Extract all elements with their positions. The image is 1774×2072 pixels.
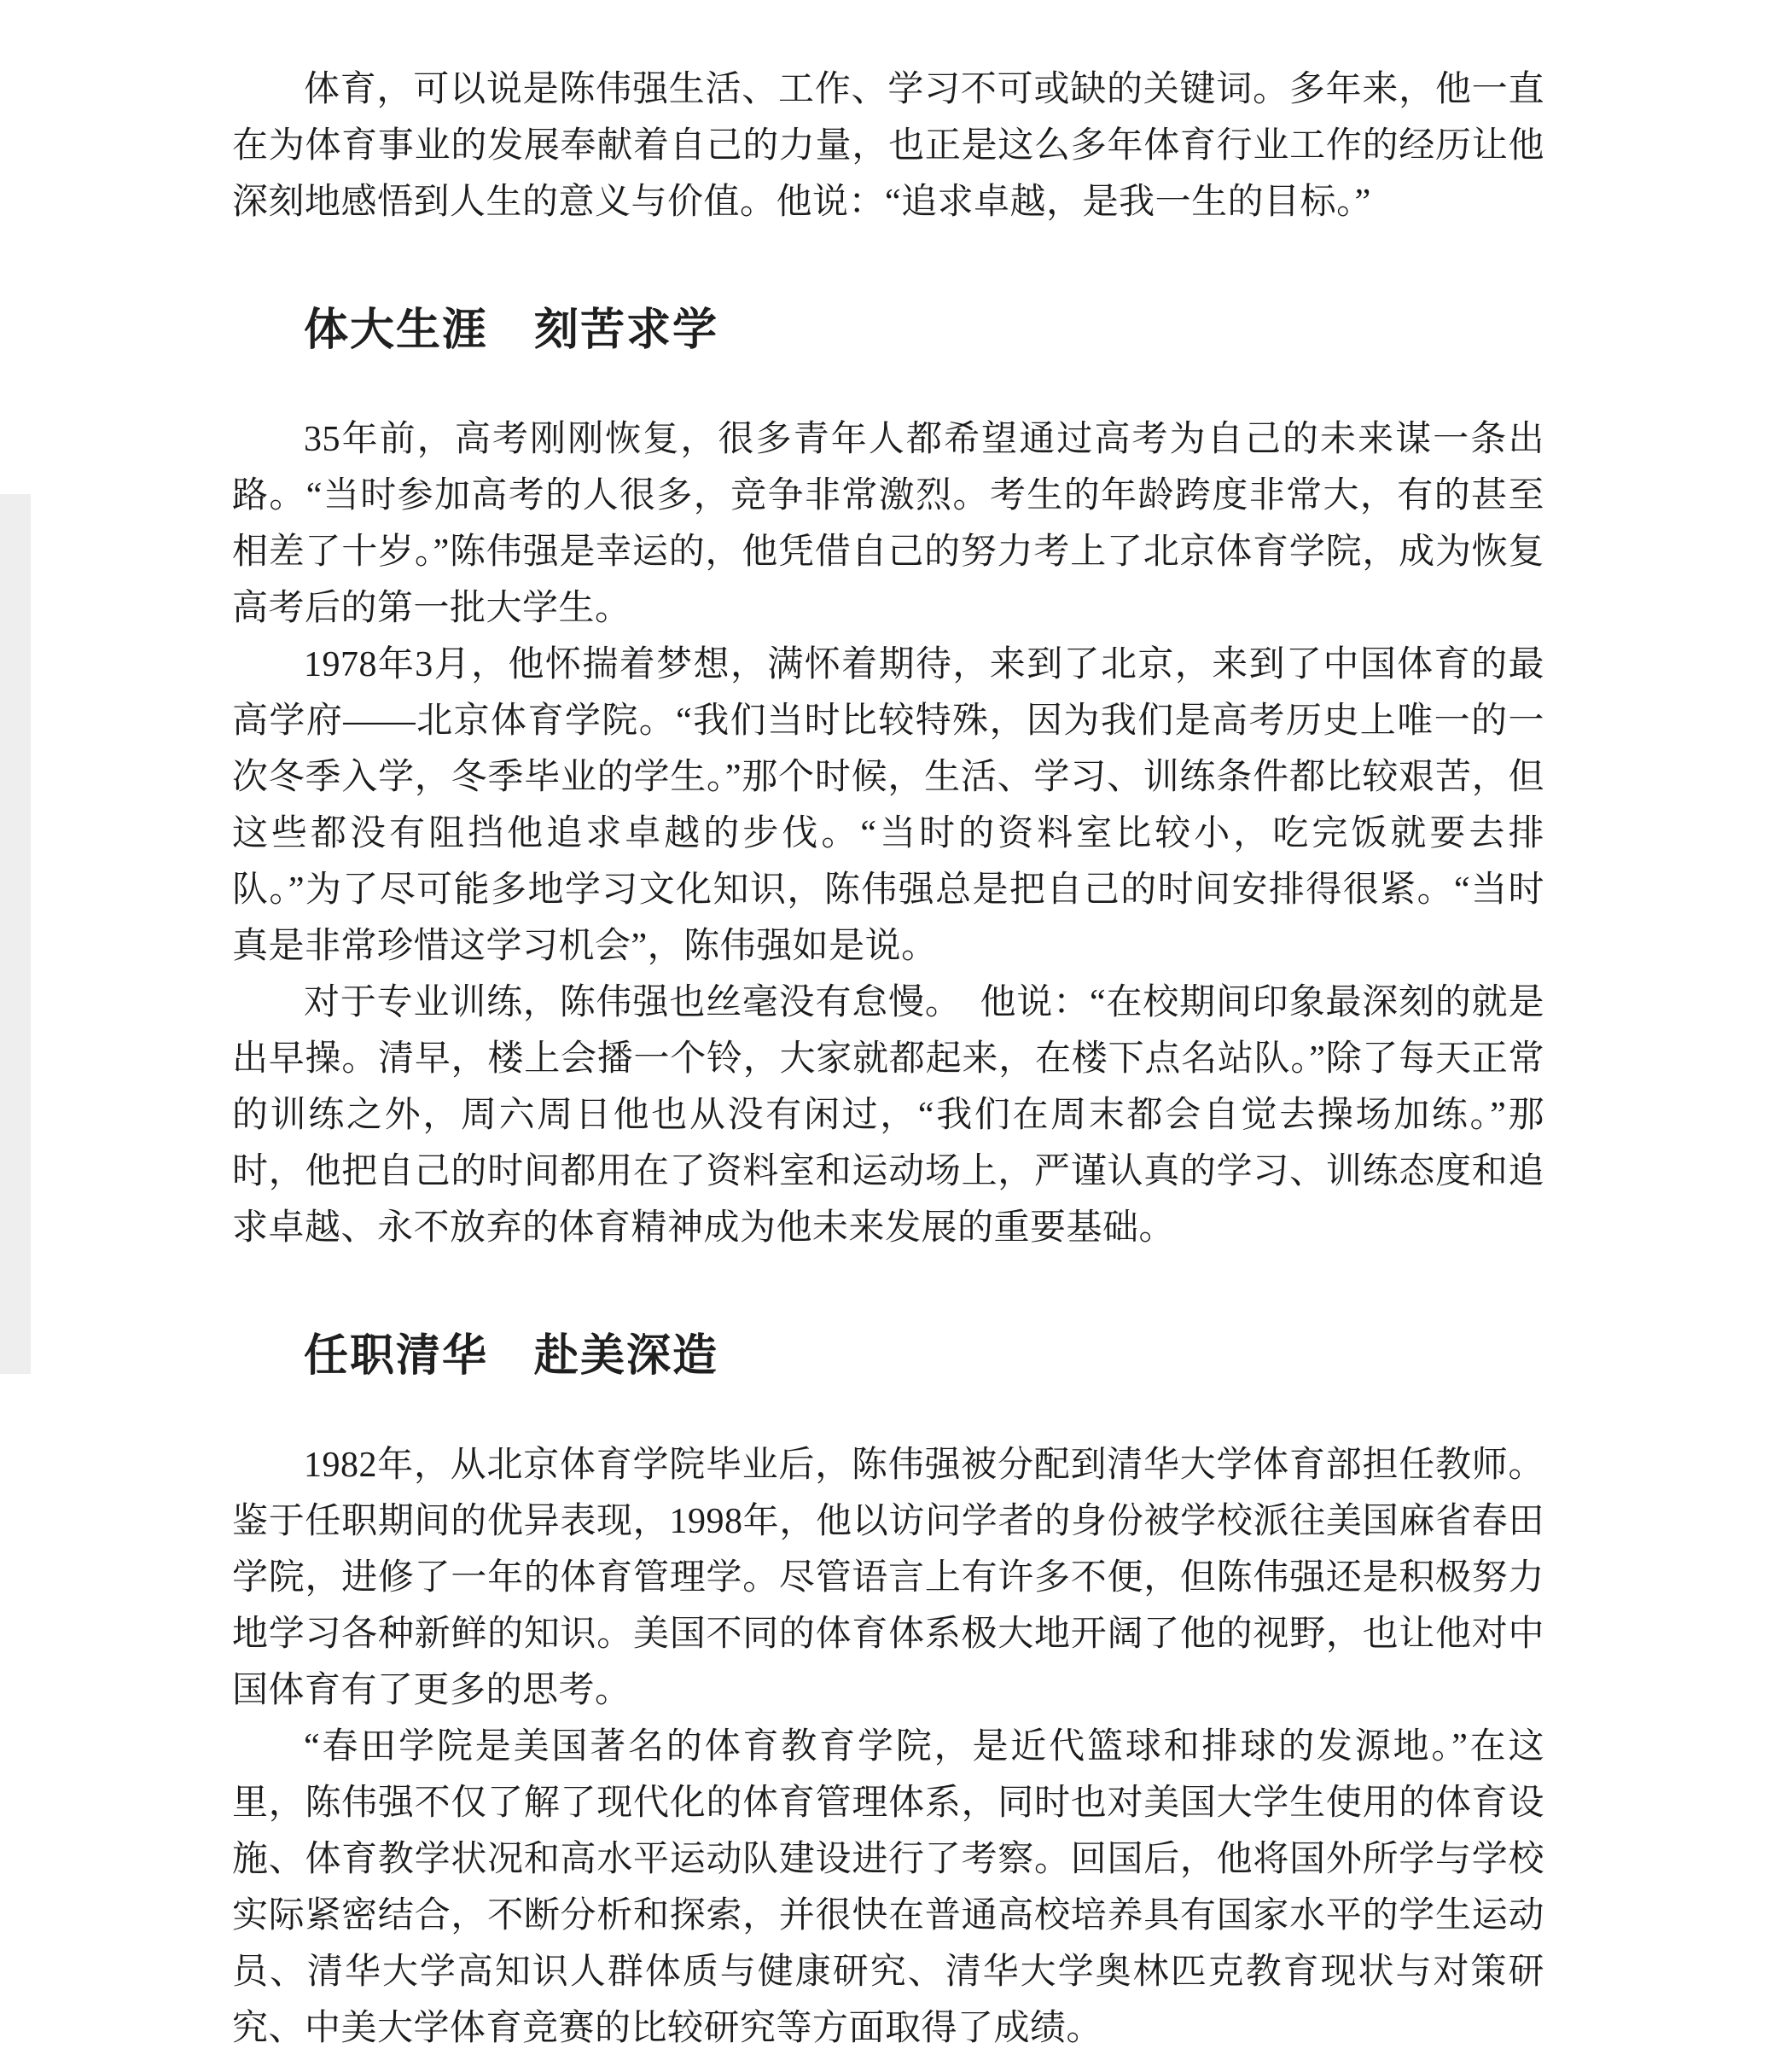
page: 体育，可以说是陈伟强生活、工作、学习不可或缺的关键词。多年来，他一直在为体育事业… — [0, 0, 1774, 2072]
section-heading-tsinghua-usa: 任职清华 赴美深造 — [232, 1330, 1544, 1382]
paragraph-tsinghua: 1982年，从北京体育学院毕业后，陈伟强被分配到清华大学体育部担任教师。鉴于任职… — [232, 1437, 1544, 1719]
paragraph-training: 对于专业训练，陈伟强也丝毫没有怠慢。 他说：“在校期间印象最深刻的就是出早操。清… — [232, 975, 1544, 1256]
paragraph-intro: 体育，可以说是陈伟强生活、工作、学习不可或缺的关键词。多年来，他一直在为体育事业… — [232, 61, 1544, 230]
article: 体育，可以说是陈伟强生活、工作、学习不可或缺的关键词。多年来，他一直在为体育事业… — [232, 61, 1544, 2057]
section-heading-study-career: 体大生涯 刻苦求学 — [232, 304, 1544, 357]
paragraph-beijing-institute: 1978年3月，他怀揣着梦想，满怀着期待，来到了北京，来到了中国体育的最高学府—… — [232, 637, 1544, 975]
paragraph-springfield: “春田学院是美国著名的体育教育学院，是近代篮球和排球的发源地。”在这里，陈伟强不… — [232, 1719, 1544, 2057]
paragraph-gaokao: 35年前，高考刚刚恢复，很多青年人都希望通过高考为自己的未来谋一条出路。“当时参… — [232, 411, 1544, 637]
margin-strip — [0, 494, 31, 1374]
